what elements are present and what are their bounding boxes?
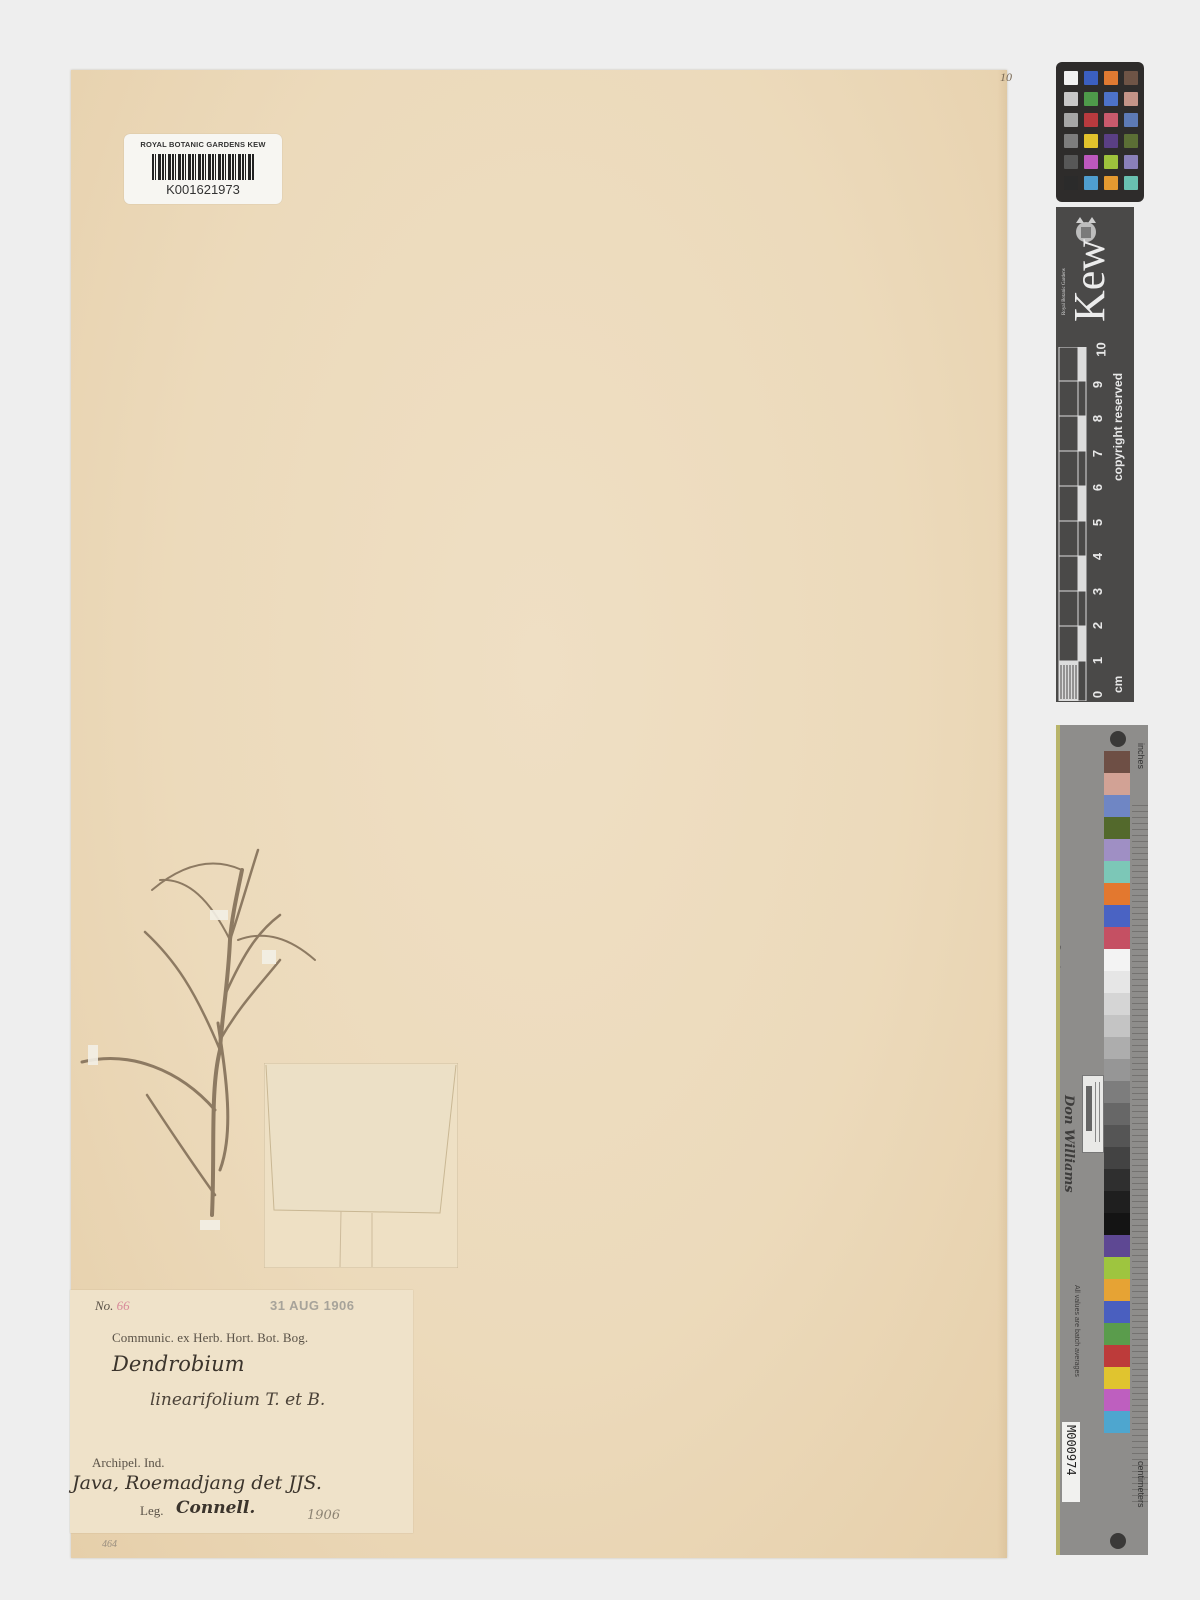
inches-label: inches (1136, 743, 1146, 769)
mounting-strips (88, 910, 276, 1230)
barcode-icon (152, 154, 254, 180)
colour-patch (1104, 1169, 1130, 1191)
cm-number: 9 (1090, 380, 1105, 387)
colour-swatch (1124, 71, 1138, 85)
cm-number: 2 (1090, 622, 1105, 629)
target-id-tag: M000974 (1062, 1422, 1080, 1502)
colour-swatch (1084, 92, 1098, 106)
colour-swatch (1104, 71, 1118, 85)
colour-patch (1104, 1191, 1130, 1213)
collector-handwritten: Connell. (176, 1498, 255, 1518)
colour-patch (1104, 1257, 1130, 1279)
cm-number: 5 (1090, 518, 1105, 525)
cm-number: 0 (1090, 691, 1105, 698)
sheet-corner-mark: 10 (1000, 70, 1012, 85)
colour-patch (1104, 1389, 1130, 1411)
kew-wordmark: Kew (1068, 239, 1112, 322)
colour-patch (1104, 949, 1130, 971)
colour-patch (1104, 927, 1130, 949)
species-handwritten: linearifolium T. et B. (150, 1390, 325, 1410)
colour-swatch (1064, 176, 1078, 190)
colour-patch (1104, 1411, 1130, 1433)
colour-patch (1104, 1367, 1130, 1389)
hole-bottom (1110, 1533, 1126, 1549)
colour-patch (1104, 817, 1130, 839)
colour-patch (1104, 1235, 1130, 1257)
sheet-bottom-mark: 464 (102, 1539, 117, 1550)
colour-swatch (1104, 113, 1118, 127)
centimeters-label: centimeters (1136, 1461, 1146, 1508)
communic-line: Communic. ex Herb. Hort. Bot. Bog. (112, 1330, 308, 1346)
sheet-edge-shadow (997, 70, 1007, 1558)
fragment-packet (264, 1063, 458, 1268)
colour-swatch (1064, 134, 1078, 148)
region-line: Archipel. Ind. (92, 1455, 165, 1471)
collection-label: No. 66 31 AUG 1906 Communic. ex Herb. Ho… (70, 1290, 413, 1533)
copyright-text: copyright reserved (1111, 373, 1125, 481)
colour-swatch (1084, 113, 1098, 127)
cm-numbers: 012345678910 (1094, 347, 1110, 701)
barcode-number: K001621973 (124, 182, 282, 197)
batch-note: All values are batch averages (1073, 1285, 1080, 1377)
cm-unit-label: cm (1111, 676, 1125, 693)
colour-swatch (1084, 71, 1098, 85)
genus-handwritten: Dendrobium (112, 1352, 245, 1376)
colour-swatch (1084, 176, 1098, 190)
colour-swatch (1124, 134, 1138, 148)
colour-patch (1104, 1081, 1130, 1103)
colour-swatch (1104, 134, 1118, 148)
kew-cm-scale: Royal Botanic Gardens Kew 012345678910 c… (1056, 207, 1134, 702)
colour-patch (1104, 971, 1130, 993)
leg-prefix: Leg. (140, 1503, 163, 1519)
colour-swatch (1084, 134, 1098, 148)
colour-swatch (1124, 176, 1138, 190)
cm-number: 4 (1090, 553, 1105, 560)
locality-handwritten: Java, Roemadjang det JJS. (72, 1472, 322, 1494)
colour-patch (1104, 1147, 1130, 1169)
colour-swatch (1124, 113, 1138, 127)
target-brand: Don Williams (1061, 1095, 1076, 1193)
specimen-number: No. 66 (95, 1298, 130, 1314)
colour-patch (1104, 905, 1130, 927)
year-handwritten: 1906 (307, 1508, 340, 1523)
cm-number: 8 (1090, 415, 1105, 422)
colour-patch (1104, 1345, 1130, 1367)
cm-number: 6 (1090, 484, 1105, 491)
colour-swatch (1104, 155, 1118, 169)
number-value: 66 (117, 1298, 130, 1313)
colour-patch (1104, 1323, 1130, 1345)
hole-top (1110, 731, 1126, 747)
resolution-chart (1082, 1075, 1104, 1153)
density-label: Density (1056, 945, 1062, 975)
colour-patch (1104, 1125, 1130, 1147)
colour-patch (1104, 751, 1130, 773)
cm-scale-bars (1058, 347, 1088, 701)
inch-ruler (1132, 805, 1148, 1505)
colour-patch (1104, 1037, 1130, 1059)
colour-swatch (1084, 155, 1098, 169)
colour-patch (1104, 861, 1130, 883)
colour-swatch (1104, 176, 1118, 190)
barcode-label: ROYAL BOTANIC GARDENS KEW K001621973 (124, 134, 282, 204)
colour-patch (1104, 1213, 1130, 1235)
colour-patch (1104, 1103, 1130, 1125)
colour-patch (1104, 1015, 1130, 1037)
institution-name: ROYAL BOTANIC GARDENS KEW (124, 140, 282, 149)
colour-patch (1104, 993, 1130, 1015)
colour-swatch (1064, 92, 1078, 106)
cm-number: 1 (1090, 656, 1105, 663)
date-stamp: 31 AUG 1906 (270, 1298, 355, 1313)
colour-patch (1104, 883, 1130, 905)
colour-patch (1104, 773, 1130, 795)
colour-checker (1056, 62, 1144, 202)
colour-patch (1104, 1059, 1130, 1081)
colour-patches (1104, 751, 1130, 1433)
colour-target: inches Density Don Williams All values a… (1056, 725, 1148, 1555)
colour-patch (1104, 1279, 1130, 1301)
colour-patch (1104, 1301, 1130, 1323)
cm-number: 3 (1090, 587, 1105, 594)
number-prefix: No. (95, 1298, 113, 1313)
colour-swatch (1124, 155, 1138, 169)
colour-swatch (1064, 155, 1078, 169)
colour-swatch (1064, 71, 1078, 85)
cm-number: 7 (1090, 449, 1105, 456)
colour-swatch (1104, 92, 1118, 106)
colour-patch (1104, 795, 1130, 817)
colour-patch (1104, 839, 1130, 861)
cm-number: 10 (1094, 342, 1109, 356)
target-id: M000974 (1064, 1425, 1078, 1476)
colour-swatch (1124, 92, 1138, 106)
colour-swatch (1064, 113, 1078, 127)
